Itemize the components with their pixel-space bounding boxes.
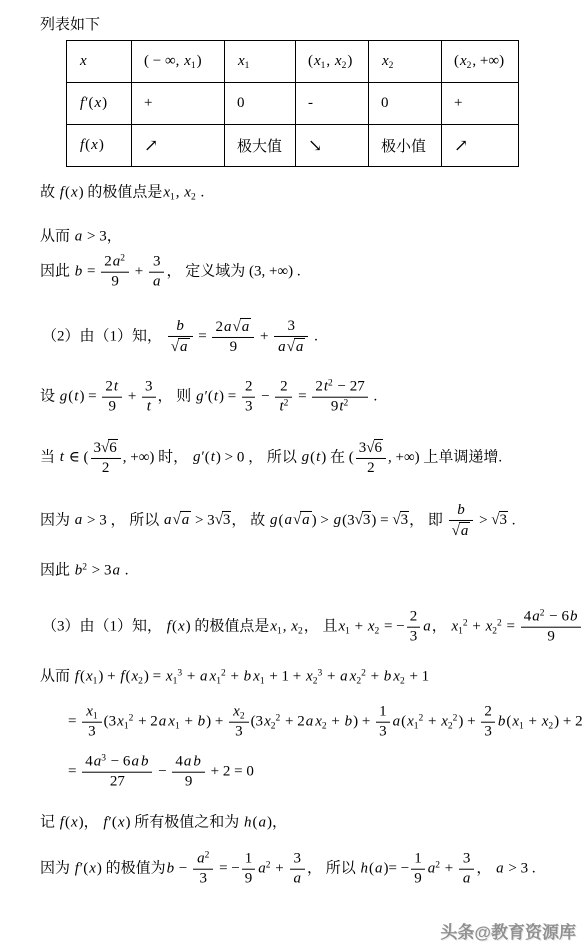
math-text: 9 <box>230 339 238 355</box>
math-subscript: 2 <box>400 677 405 687</box>
math-line-inequality-chain: 因为 a > 3 ， 所以 a√a > 3√3， 故 g(a√a) > g(3√… <box>40 502 516 540</box>
math-fraction: b√a <box>168 318 193 356</box>
math-variable: a <box>111 563 121 579</box>
math-line-part2-b-over-sqrt-a: （2）由（1）知， b√a = 2a√a9 + 3a√a . <box>42 318 318 356</box>
math-fraction: 4a2 − 6b9 <box>521 609 582 646</box>
math-variable: x2 <box>334 53 347 69</box>
math-text: 因此 <box>40 563 74 579</box>
math-variable: a <box>179 339 189 355</box>
math-variable: x <box>93 95 102 111</box>
math-variable: a <box>158 713 168 729</box>
math-text: ) + <box>458 713 479 729</box>
math-numerator: x1 <box>82 704 101 723</box>
math-denominator: 3 <box>193 870 213 888</box>
math-text: 3 <box>223 512 231 528</box>
math-variable: x <box>90 137 99 153</box>
math-text: + <box>323 669 339 685</box>
math-variable: x1 <box>237 53 250 69</box>
math-text: 4 <box>175 754 183 770</box>
math-text: − <box>154 763 170 779</box>
math-numerator: 2t2 − 27 <box>312 379 367 398</box>
math-text: 3 <box>245 399 253 415</box>
math-text: 9 <box>547 629 555 645</box>
math-numerator: 3 <box>142 379 156 398</box>
math-text: = <box>294 388 310 404</box>
math-variable: b2 <box>74 563 88 579</box>
math-numerator: 4a3 − 6ab <box>82 754 152 773</box>
table-cell: 极小值 <box>369 125 442 167</box>
math-sqrt: √a <box>232 318 251 336</box>
math-text: 从而 <box>40 669 74 685</box>
table-cell: 极大值 <box>225 125 296 167</box>
math-variable: x <box>177 618 186 634</box>
math-text: . <box>370 388 378 404</box>
math-text: ) = <box>219 388 240 404</box>
math-variable: a <box>462 871 472 887</box>
radicand: a <box>294 338 306 356</box>
math-variable: x2 <box>290 618 303 634</box>
math-fraction: x23 <box>229 704 248 741</box>
math-text: 1 <box>414 851 422 867</box>
math-variable: a2 <box>257 860 271 876</box>
math-subscript: 2 <box>375 626 380 636</box>
math-variable: x12 <box>406 713 424 729</box>
table-cell: x2 <box>369 41 442 83</box>
math-text: = <box>195 328 211 344</box>
math-subscript: 1 <box>519 721 524 731</box>
math-text: , <box>326 53 334 69</box>
math-fraction: 3√62 <box>356 439 386 477</box>
math-text: 9 <box>108 399 116 415</box>
math-text: = <box>68 713 80 729</box>
math-variable: b <box>175 318 185 334</box>
math-text: 4 <box>85 754 93 770</box>
math-fraction: 23 <box>407 609 421 646</box>
math-variable: a <box>392 713 402 729</box>
math-text: 3 <box>379 724 387 740</box>
math-fraction: 3a <box>459 851 475 888</box>
math-variable: g′ <box>192 449 205 465</box>
math-text: ) <box>347 53 352 69</box>
math-variable: x2 <box>314 713 327 729</box>
math-variable: b <box>456 502 466 518</box>
math-superscript: 2 <box>205 851 210 861</box>
math-text: 0 <box>381 95 389 111</box>
math-text: + <box>525 713 541 729</box>
math-text: (3 <box>104 713 117 729</box>
math-text: （3）由（1）知， <box>42 618 166 634</box>
math-text: . <box>121 563 129 579</box>
math-subscript: 2 <box>467 61 472 71</box>
math-text: + <box>131 263 147 279</box>
math-line-define-h: 记 f(x)， f′(x) 所有极值之和为 h(a)， <box>40 814 287 833</box>
math-text: 1 <box>379 704 387 720</box>
math-numerator: 1 <box>376 704 390 723</box>
math-text: ) 在 ( <box>321 449 354 465</box>
math-text: = <box>68 763 80 779</box>
math-line-b-formula: 因此 b = 2a29 + 3a， 定义域为 (3, +∞) . <box>40 254 301 291</box>
math-variable: b <box>497 713 507 729</box>
math-variable: a <box>74 229 84 245</box>
table-cell: (x1, x2) <box>296 41 369 83</box>
math-numerator: b <box>449 502 474 521</box>
math-superscript: 3 <box>177 669 182 679</box>
math-sqrt: √3 <box>491 511 508 530</box>
math-denominator: 2 <box>91 459 121 477</box>
math-denominator: t2 <box>275 398 292 416</box>
math-text: 27 <box>110 774 125 790</box>
math-denominator: 9 <box>102 398 122 416</box>
table-caption: 列表如下 <box>40 13 100 34</box>
math-variable: g <box>269 512 279 528</box>
math-fraction: 2t9 <box>102 379 122 416</box>
math-variable: x22 <box>440 713 458 729</box>
math-variable: t2 <box>323 379 334 395</box>
math-numerator: 3√6 <box>91 439 121 459</box>
math-subscript: 2 <box>322 721 327 731</box>
math-fraction: 2a29 <box>101 254 129 291</box>
math-variable: x2 <box>459 53 472 69</box>
math-superscript: 2 <box>463 618 468 628</box>
math-line-hence-a-gt-3: 从而 a > 3， <box>40 228 122 247</box>
math-denominator: 9 <box>212 338 254 356</box>
math-subscript: 2 <box>298 626 303 636</box>
math-variable: x22 <box>263 713 281 729</box>
math-text: + <box>181 713 197 729</box>
math-text: )， <box>79 815 103 831</box>
math-variable: x2 <box>131 669 144 685</box>
table-cell: ↗ <box>132 125 225 167</box>
math-text: ) 的极值点是 <box>79 185 163 201</box>
math-variable: t <box>146 399 152 415</box>
math-variable: a <box>293 871 303 887</box>
math-variable: a2 <box>531 609 545 625</box>
math-sqrt: √a <box>452 522 471 540</box>
table-cell: + <box>132 83 225 125</box>
radicand: 6 <box>108 439 118 457</box>
math-fraction: x13 <box>82 704 101 741</box>
math-text: 2 <box>315 379 323 395</box>
math-text: + <box>227 669 243 685</box>
math-text: 从而 <box>40 229 74 245</box>
math-variable: x2 <box>541 713 554 729</box>
math-text: , +∞) 上单调递增. <box>388 449 502 465</box>
math-text: ) = <box>144 669 165 685</box>
math-text: ， 则 <box>158 388 196 404</box>
math-text: + 2 <box>134 713 157 729</box>
math-fraction: 19 <box>242 851 256 888</box>
math-subscript: 2 <box>342 61 347 71</box>
math-sqrt: √a <box>171 338 190 356</box>
math-variable: b <box>166 860 176 876</box>
math-numerator: 1 <box>242 851 256 870</box>
math-numerator: 3√6 <box>356 439 386 459</box>
math-text: ， <box>432 618 451 634</box>
math-text: ∈ ( <box>65 449 89 465</box>
math-subscript: 1 <box>175 721 180 731</box>
math-denominator: 9 <box>101 273 129 291</box>
table-cell: - <box>296 83 369 125</box>
table-cell: + <box>442 83 519 125</box>
math-text: ) = <box>79 388 100 404</box>
math-variable: g′ <box>195 388 208 404</box>
math-variable: a <box>301 512 311 528</box>
math-superscript: 2 <box>221 669 226 679</box>
monotonicity-table: x( − ∞, x1)x1(x1, x2)x2(x2, +∞)f′(x)+0-0… <box>66 40 519 167</box>
math-variable: a <box>295 339 305 355</box>
math-text: 极小值 <box>381 139 426 155</box>
math-variable: x22 <box>349 669 367 685</box>
math-numerator: 3 <box>290 851 306 870</box>
math-numerator: 2t <box>102 379 122 398</box>
math-variable: a <box>460 523 470 539</box>
math-subscript: 1 <box>93 677 98 687</box>
math-numerator: x2 <box>229 704 248 723</box>
table-cell: ( − ∞, x1) <box>132 41 225 83</box>
math-line-f-sum-simplified: = 4a3 − 6ab27 − 4ab9 + 2 = 0 <box>68 754 254 791</box>
math-text: - <box>308 95 313 111</box>
math-text: . <box>310 328 318 344</box>
math-variable: b <box>569 609 579 625</box>
math-variable: a2 <box>196 851 210 867</box>
math-text: + 2 <box>281 713 304 729</box>
math-numerator: 2a√a <box>212 318 254 338</box>
math-text: − <box>175 860 191 876</box>
math-variable: f′ <box>102 815 111 831</box>
radicand: a <box>180 511 192 529</box>
radicand: 3 <box>499 511 509 529</box>
math-denominator: 9 <box>172 773 205 791</box>
math-subscript: 1 <box>321 61 326 71</box>
math-variable: x1 <box>511 713 524 729</box>
math-text: ， 定义域为 (3, +∞) . <box>166 263 300 279</box>
math-subscript: 2 <box>191 193 196 203</box>
math-text: )， <box>267 815 287 831</box>
math-text: = <box>83 263 99 279</box>
math-superscript: 2 <box>284 399 289 409</box>
math-text: 9 <box>414 871 422 887</box>
math-variable: x1 <box>183 53 196 69</box>
math-superscript: 2 <box>497 618 502 628</box>
math-text: ) > 0 ， 所以 <box>216 449 301 465</box>
math-variable: f′ <box>74 860 83 876</box>
math-text: + <box>272 860 288 876</box>
math-text: 2 <box>484 704 492 720</box>
math-text: + <box>469 618 485 634</box>
math-line-part3-extreme-points: （3）由（1）知， f(x) 的极值点是x1, x2， 且x1 + x2 = −… <box>42 609 584 646</box>
math-text: ) <box>197 53 202 69</box>
math-fraction: 2t2 − 279t2 <box>312 379 367 416</box>
math-denominator: t <box>142 398 156 416</box>
math-fraction: 2a√a9 <box>212 318 254 356</box>
math-text: > <box>475 512 491 528</box>
math-text: ) = <box>371 512 392 528</box>
math-text: − 27 <box>334 379 365 395</box>
document-page: 列表如下 x( − ∞, x1)x1(x1, x2)x2(x2, +∞)f′(x… <box>0 0 584 951</box>
math-text: 3 <box>199 871 207 887</box>
math-text: 3 <box>145 379 153 395</box>
math-numerator: a2 <box>193 851 213 870</box>
math-superscript: 3 <box>101 754 106 764</box>
math-variable: a <box>152 274 162 290</box>
math-text: 极大值 <box>237 139 282 155</box>
math-variable: x23 <box>305 669 323 685</box>
math-variable: x1 <box>85 669 98 685</box>
math-text: > 3 . <box>505 860 536 876</box>
math-text: ， 即 <box>409 512 447 528</box>
math-text: > 3 <box>191 512 214 528</box>
math-subscript: 1 <box>277 626 282 636</box>
math-superscript: 3 <box>317 669 322 679</box>
math-sqrt: √a <box>293 511 312 530</box>
math-subscript: 1 <box>191 61 196 71</box>
math-variable: x1 <box>85 704 98 720</box>
math-superscript: 2 <box>266 860 271 870</box>
math-variable: b <box>192 754 202 770</box>
math-text: 当 <box>40 449 59 465</box>
math-denominator: 3 <box>481 723 495 741</box>
math-sqrt: √6 <box>101 439 118 457</box>
radicand: 6 <box>374 439 384 457</box>
math-text: + 2 = 0 <box>207 763 254 779</box>
trend-arrow-icon: ↗ <box>144 136 158 155</box>
math-text: 3 <box>484 724 492 740</box>
math-text: 2 <box>102 460 110 476</box>
math-text: 2 <box>105 379 113 395</box>
math-variable: a <box>199 669 209 685</box>
math-variable: a <box>130 754 140 770</box>
math-variable: x12 <box>116 713 134 729</box>
math-text: 2 <box>245 379 253 395</box>
math-numerator: 4a2 − 6b <box>521 609 582 628</box>
math-superscript: 2 <box>540 609 545 619</box>
math-text: ) + <box>98 669 119 685</box>
math-fraction: 3a√a <box>274 318 308 356</box>
table-cell: 0 <box>369 83 442 125</box>
math-denominator: a <box>149 273 165 291</box>
math-text: + <box>454 95 462 111</box>
math-variable: a <box>223 319 233 335</box>
math-variable: a <box>163 512 173 528</box>
math-text: ) 的极值点是 <box>186 618 270 634</box>
math-text: 3 <box>235 724 243 740</box>
math-text: 9 <box>111 274 119 290</box>
math-text: − <box>257 388 273 404</box>
math-text: + <box>424 713 440 729</box>
math-text: 3 <box>88 724 96 740</box>
math-text: . <box>197 185 205 201</box>
math-denominator: 3 <box>242 398 256 416</box>
math-text: 3 <box>94 440 102 456</box>
math-variable: a <box>241 319 251 335</box>
table-cell: ↘ <box>296 125 369 167</box>
math-subscript: 1 <box>93 712 98 722</box>
math-variable: a <box>257 815 267 831</box>
monotonicity-table-body: x( − ∞, x1)x1(x1, x2)x2(x2, +∞)f′(x)+0-0… <box>67 41 519 167</box>
math-text: 9 <box>185 774 193 790</box>
math-numerator: 1 <box>411 851 425 870</box>
math-text: )= − <box>384 860 410 876</box>
math-text: − 6 <box>107 754 130 770</box>
math-superscript: 2 <box>120 254 125 264</box>
math-denominator: √a <box>449 521 474 540</box>
math-variable: x <box>79 53 88 69</box>
math-fraction: b√a <box>449 502 474 540</box>
math-variable: x13 <box>165 669 183 685</box>
math-text: 6 <box>375 440 383 456</box>
table-cell: ↗ <box>442 125 519 167</box>
math-variable: g <box>59 388 69 404</box>
math-text: 2 <box>215 319 223 335</box>
math-variable: g <box>333 512 343 528</box>
math-variable: x <box>70 185 79 201</box>
math-variable: t2 <box>338 399 349 415</box>
math-numerator: b <box>168 318 193 337</box>
math-fraction: 3a <box>290 851 306 888</box>
math-variable: x1 <box>269 618 282 634</box>
math-superscript: 2 <box>418 713 423 723</box>
math-numerator: 2 <box>242 379 256 398</box>
math-text: ) <box>102 95 107 111</box>
radicand: 3 <box>362 511 372 529</box>
math-subscript: 1 <box>245 61 250 71</box>
math-line-g-definition-derivative: 设 g(t) = 2t9 + 3t， 则 g′(t) = 23 − 2t2 = … <box>40 379 377 416</box>
math-text: ) 的极值为 <box>97 860 166 876</box>
math-text: ( <box>126 669 131 685</box>
math-variable: t2 <box>278 399 289 415</box>
math-text: . <box>508 512 516 528</box>
math-text: ( − ∞, <box>144 53 183 69</box>
math-text: + 1 <box>406 669 429 685</box>
math-denominator: √a <box>168 337 193 356</box>
math-line-extreme-points-conclusion: 故 f(x) 的极值点是x1, x2 . <box>40 184 204 203</box>
math-superscript: 2 <box>435 860 440 870</box>
math-variable: a <box>495 860 505 876</box>
math-fraction: 23 <box>481 704 495 741</box>
math-numerator: 2 <box>407 609 421 628</box>
math-text: 设 <box>40 388 59 404</box>
math-text: ) > <box>312 512 333 528</box>
math-text: , +∞) 时， <box>123 449 192 465</box>
math-variable: a2 <box>112 254 126 270</box>
math-text: + <box>441 860 457 876</box>
table-cell: x <box>67 41 132 83</box>
math-denominator: 3 <box>229 723 248 741</box>
math-fraction: 13 <box>376 704 390 741</box>
math-variable: x2 <box>381 53 394 69</box>
math-text: 3 <box>153 254 161 270</box>
math-denominator: 9 <box>521 628 582 646</box>
math-numerator: 4ab <box>172 754 205 773</box>
math-fraction: 3√62 <box>91 439 121 477</box>
math-text: 1 <box>245 851 253 867</box>
math-variable: a <box>422 618 432 634</box>
math-superscript: 2 <box>275 713 280 723</box>
math-variable: a <box>283 512 293 528</box>
trend-arrow-icon: ↘ <box>308 136 322 155</box>
math-numerator: 3 <box>274 318 308 337</box>
math-fraction: 3a <box>149 254 165 291</box>
math-superscript: 2 <box>82 563 87 573</box>
math-text: = <box>503 618 519 634</box>
math-text: 2 <box>410 609 418 625</box>
math-variable: a3 <box>93 754 107 770</box>
math-numerator: 3 <box>149 254 165 273</box>
math-text: 2 <box>367 460 375 476</box>
math-subscript: 2 <box>389 61 394 71</box>
table-row: f′(x)+0-0+ <box>67 83 519 125</box>
math-text: + 1 + <box>266 669 305 685</box>
